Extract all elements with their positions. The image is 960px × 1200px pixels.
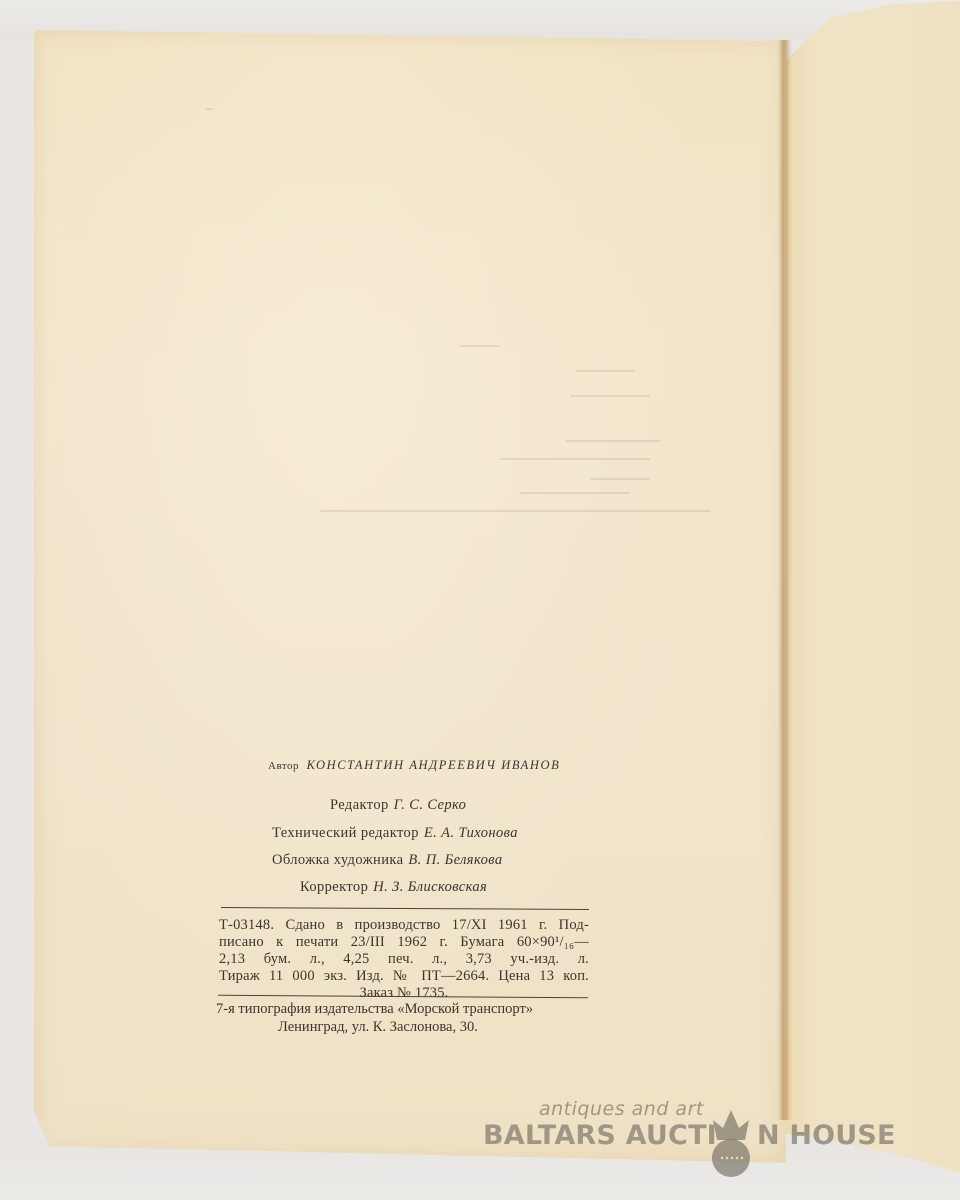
- pub-line: писано к печати 23/III 1962 г. Бумага 60…: [219, 934, 589, 951]
- credit-person: В. П. Белякова: [408, 852, 502, 868]
- credit-role: Обложка художника: [272, 852, 403, 868]
- credit-editor: РедакторГ. С. Серко: [330, 797, 466, 814]
- author-name: КОНСТАНТИН АНДРЕЕВИЧ ИВАНОВ: [307, 758, 561, 772]
- printing-house-address: Ленинград, ул. К. Заслонова, 30.: [216, 1018, 533, 1036]
- right-page: [770, 0, 960, 1200]
- watermark-name-left: BALTARS AUCTI: [483, 1120, 717, 1151]
- credit-technical-editor: Технический редакторЕ. А. Тихонова: [272, 825, 518, 842]
- watermark-name-right: N HOUSE: [757, 1120, 896, 1151]
- crown-orb-icon: [709, 1108, 753, 1178]
- credit-proofreader: КорректорН. З. Блисковская: [300, 879, 487, 896]
- pub-line: Тираж 11 000 экз. Изд. № ПТ—2664. Цена 1…: [219, 968, 589, 985]
- watermark: antiques and art BALTARS AUCTIN HOUSE: [483, 1098, 903, 1178]
- photo-scene: Автор КОНСТАНТИН АНДРЕЕВИЧ ИВАНОВ Редакт…: [0, 0, 960, 1200]
- credit-person: Г. С. Серко: [394, 797, 467, 813]
- watermark-name: BALTARS AUCTIN HOUSE: [483, 1120, 896, 1151]
- credit-cover-artist: Обложка художникаВ. П. Белякова: [272, 852, 502, 869]
- credit-role: Корректор: [300, 879, 368, 895]
- author-line: Автор КОНСТАНТИН АНДРЕЕВИЧ ИВАНОВ: [268, 758, 560, 773]
- credit-role: Редактор: [330, 797, 389, 813]
- printing-house: 7-я типография издательства «Морской тра…: [216, 1000, 533, 1036]
- pub-line: Т-03148. Сдано в производство 17/XI 1961…: [219, 917, 589, 934]
- credit-person: Е. А. Тихонова: [424, 825, 518, 841]
- credit-person: Н. З. Блисковская: [373, 879, 487, 895]
- book-spine: [778, 40, 792, 1120]
- author-label: Автор: [268, 760, 299, 772]
- publication-details: Т-03148. Сдано в производство 17/XI 1961…: [219, 917, 589, 1002]
- watermark-tagline: antiques and art: [539, 1098, 704, 1120]
- pub-line: 2,13 бум. л., 4,25 печ. л., 3,73 уч.-изд…: [219, 951, 589, 968]
- printing-house-name: 7-я типография издательства «Морской тра…: [216, 1001, 533, 1017]
- credit-role: Технический редактор: [272, 825, 419, 841]
